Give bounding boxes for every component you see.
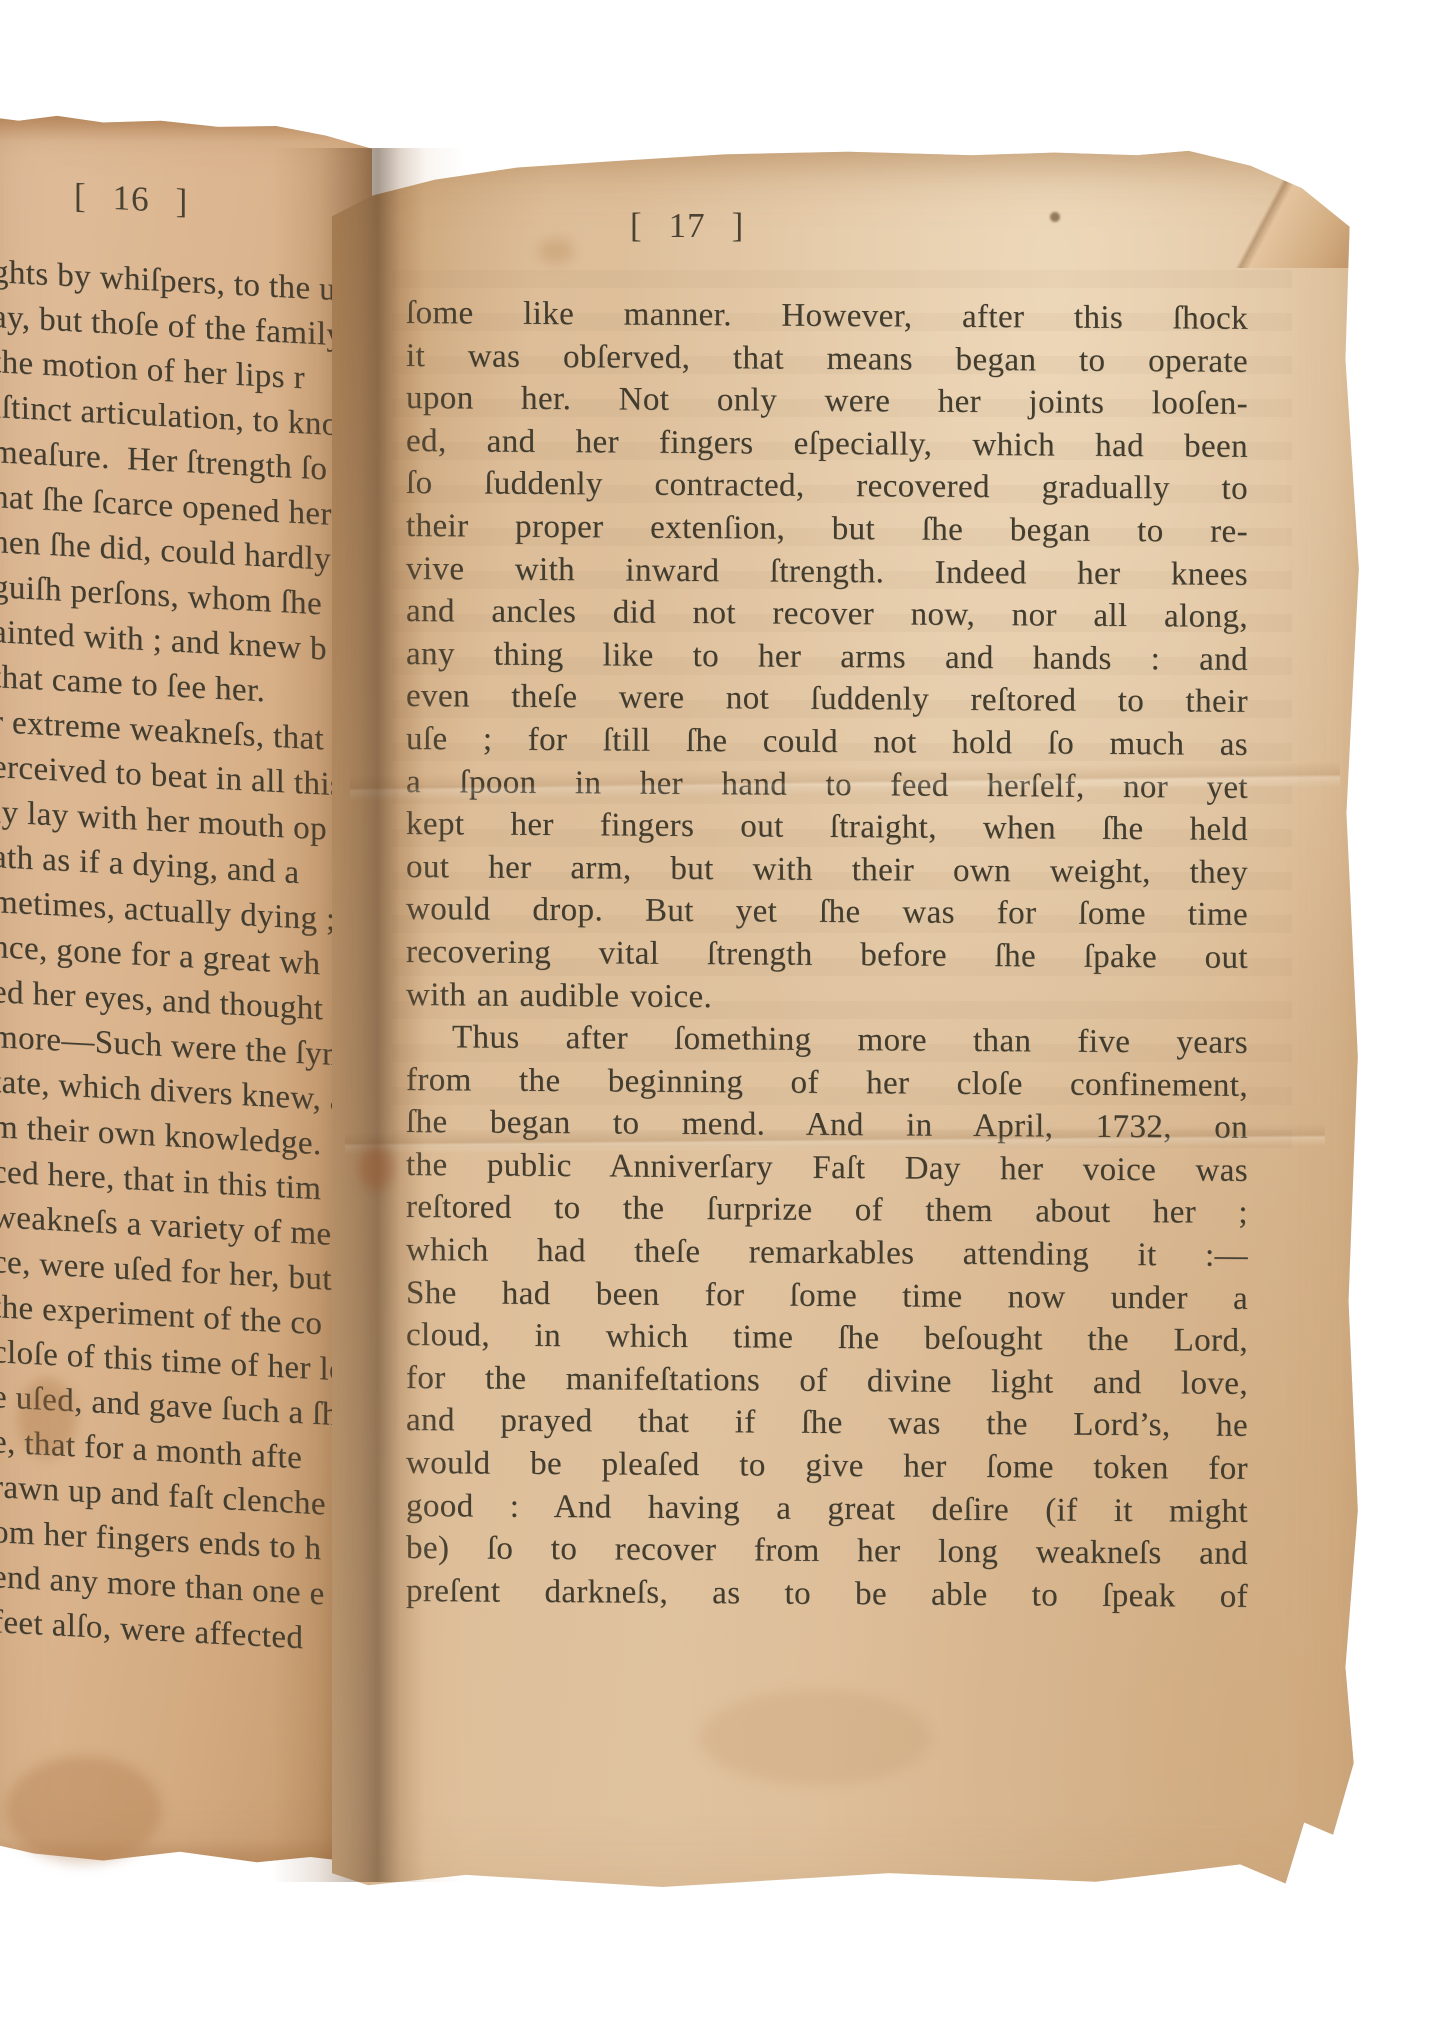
folded-corner: [1188, 150, 1364, 268]
text-line: would drop. But yet ſhe was for ſome tim…: [406, 888, 1248, 936]
right-page-text: ſome like manner. However, after this ſh…: [406, 292, 1248, 1618]
text-line: the public Anniverſary Faſt Day her voic…: [406, 1144, 1248, 1192]
text-line: be) ſo to recover from her long weakneſs…: [406, 1527, 1248, 1575]
text-line: kept her fingers out ſtraight, when ſhe …: [406, 803, 1248, 851]
text-line: it was obſerved, that means began to ope…: [406, 335, 1248, 383]
page-number: 16: [113, 178, 150, 220]
page-number-left: [ 16 ]: [74, 176, 188, 222]
book-photo: [ 16 ] ghts by whiſpers, to the u ay, bu…: [0, 0, 1445, 2023]
left-page: [ 16 ] ghts by whiſpers, to the u ay, bu…: [0, 112, 372, 1864]
text-line: even theſe were not ſuddenly reſtored to…: [406, 675, 1248, 723]
text-line: preſent darkneſs, as to be able to ſpeak…: [406, 1570, 1248, 1618]
text-line: vive with inward ſtrength. Indeed her kn…: [406, 548, 1248, 596]
text-line: ſo ſuddenly contracted, recovered gradua…: [406, 462, 1248, 510]
text-line: and prayed that if ſhe was the Lord’s, h…: [406, 1399, 1248, 1447]
text-line: upon her. Not only were her joints looſe…: [406, 377, 1248, 425]
bracket-close: ]: [732, 206, 745, 246]
text-line: for the manifeſtations of divine light a…: [406, 1357, 1248, 1405]
text-line: ſhe began to mend. And in April, 1732, o…: [406, 1101, 1248, 1149]
text-line: out her arm, but with their own weight, …: [406, 846, 1248, 894]
text-line: uſe ; for ſtill ſhe could not hold ſo mu…: [406, 718, 1248, 766]
text-line: ſome like manner. However, after this ſh…: [406, 292, 1248, 340]
text-line: recovering vital ſtrength before ſhe ſpa…: [406, 931, 1248, 979]
text-line: which had theſe remarkables attending it…: [406, 1229, 1248, 1277]
text-line: ed, and her fingers eſpecially, which ha…: [406, 420, 1248, 468]
text-line: Thus after ſomething more than five year…: [406, 1016, 1248, 1064]
text-line: cloud, in which time ſhe beſought the Lo…: [406, 1314, 1248, 1362]
text-line: reſtored to the ſurprize of them about h…: [406, 1186, 1248, 1234]
right-page: [ 17 ] ſome like manner. However, after …: [332, 150, 1364, 1894]
page-number: 17: [669, 206, 706, 246]
text-line: with an audible voice.: [406, 974, 1248, 1022]
text-line: from the beginning of her cloſe confinem…: [406, 1059, 1248, 1107]
text-line: She had been for ſome time now under a: [406, 1272, 1248, 1320]
text-line: a ſpoon in her hand to feed herſelf, nor…: [406, 761, 1248, 809]
bracket-open: [: [630, 206, 643, 246]
text-line: good : And having a great deſire (if it …: [406, 1485, 1248, 1533]
bracket-open: [: [74, 176, 87, 217]
text-line: their proper extenſion, but ſhe began to…: [406, 505, 1248, 553]
text-line: and ancles did not recover now, nor all …: [406, 590, 1248, 638]
bracket-close: ]: [176, 181, 189, 222]
page-number-right: [ 17 ]: [630, 206, 744, 246]
text-line: any thing like to her arms and hands : a…: [406, 633, 1248, 681]
text-line: would be pleaſed to give her ſome token …: [406, 1442, 1248, 1490]
